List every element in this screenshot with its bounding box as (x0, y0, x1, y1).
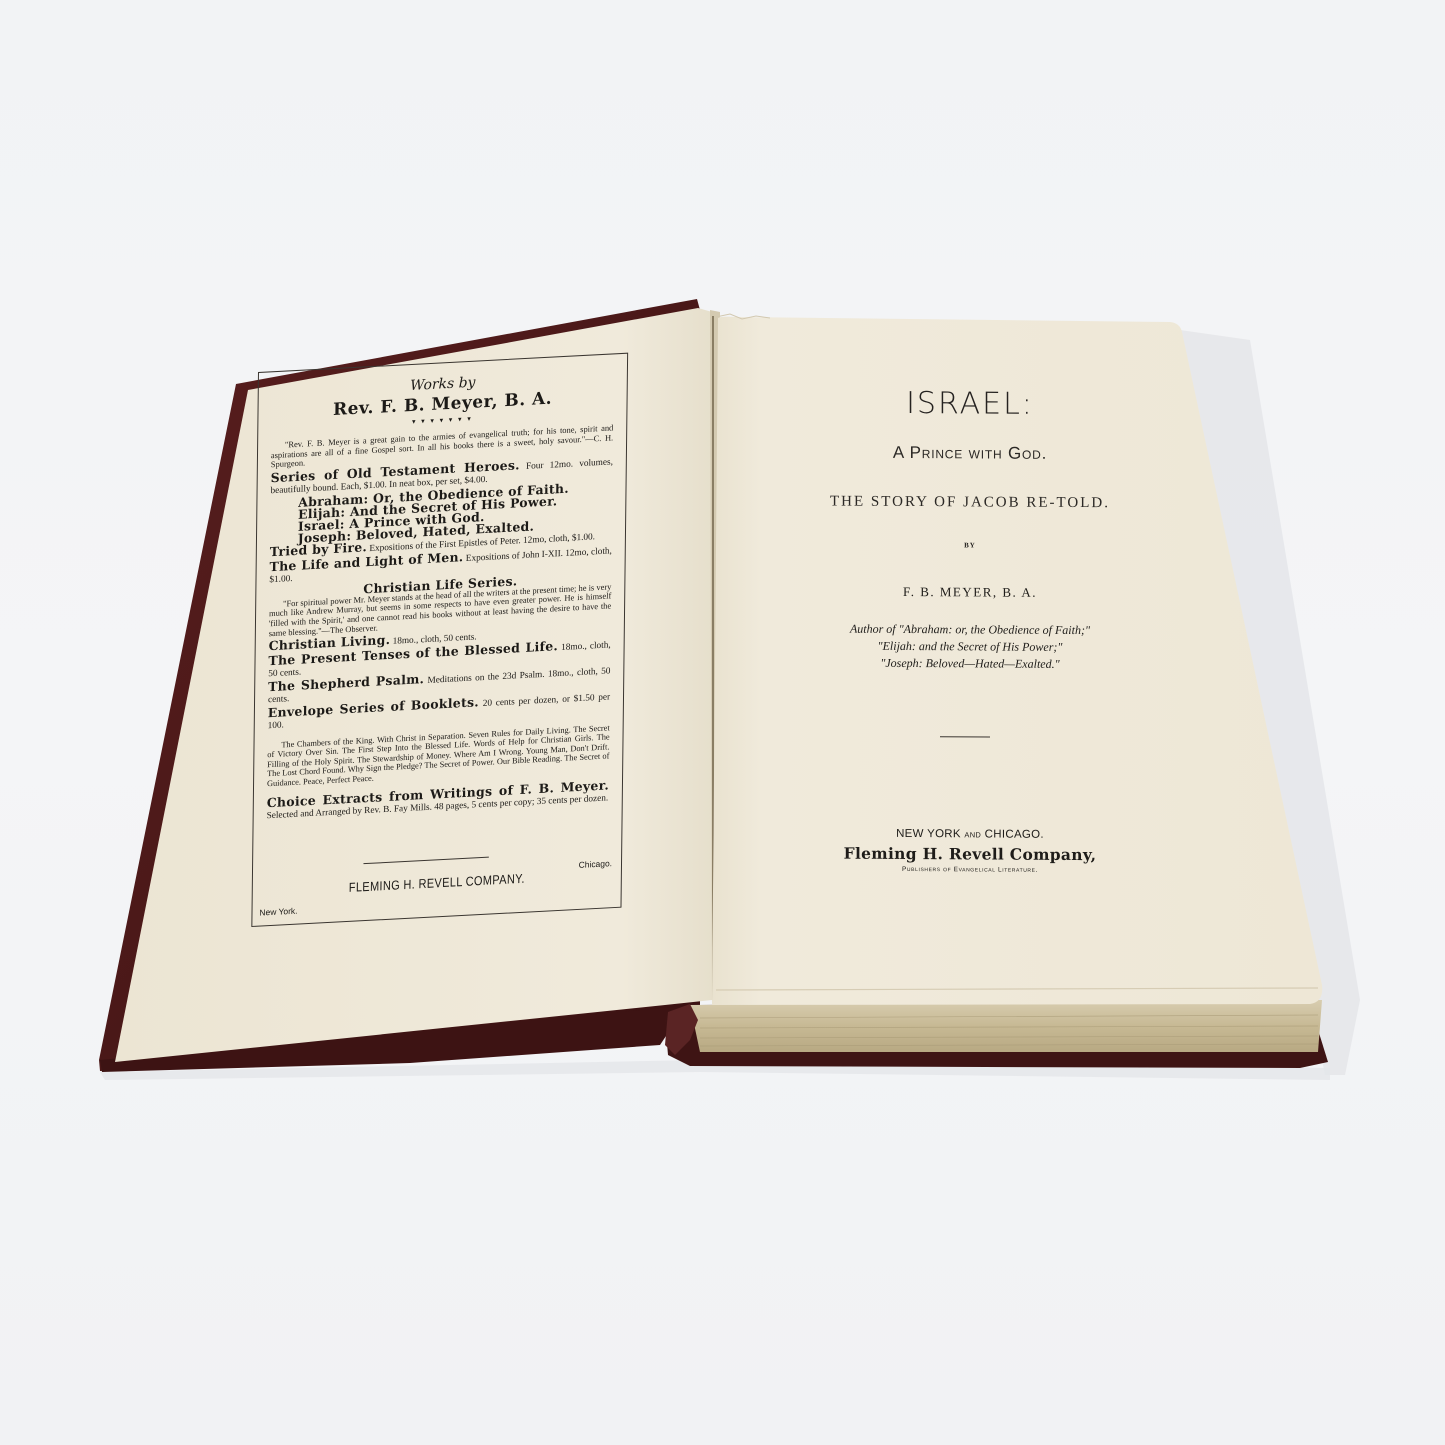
book-photo-scene (0, 0, 1445, 1445)
imprint-city-chicago: CHICAGO. (985, 828, 1044, 840)
imprint-city-new-york: NEW YORK (896, 828, 961, 840)
imprint-cities: NEW YORK AND CHICAGO. (740, 827, 1200, 842)
imprint-and: AND (964, 830, 981, 839)
author-of-list: Author of "Abraham: or, the Obedience of… (740, 620, 1200, 674)
book-subtitle: A Prince with God. (740, 442, 1200, 465)
publisher-advertisement: Works by Rev. F. B. Meyer, B. A. ▾ ▾ ▾ ▾… (251, 353, 628, 927)
imprint-tagline: Publishers of Evangelical Literature. (740, 865, 1200, 875)
title-page: ISRAEL: A Prince with God. THE STORY OF … (740, 385, 1200, 888)
book-tagline: THE STORY OF JACOB RE-TOLD. (740, 493, 1200, 513)
title-divider (940, 736, 990, 737)
by-label: BY (740, 540, 1200, 551)
book-title: ISRAEL: (740, 385, 1200, 423)
author-of-line: "Joseph: Beloved—Hated—Exalted." (740, 654, 1200, 674)
author-name: F. B. MEYER, B. A. (740, 583, 1200, 602)
ad-body: "Rev. F. B. Meyer is a great gain to the… (267, 423, 614, 823)
ad-city-new-york: New York. (259, 906, 297, 918)
imprint-company: Fleming H. Revell Company, (740, 843, 1200, 865)
